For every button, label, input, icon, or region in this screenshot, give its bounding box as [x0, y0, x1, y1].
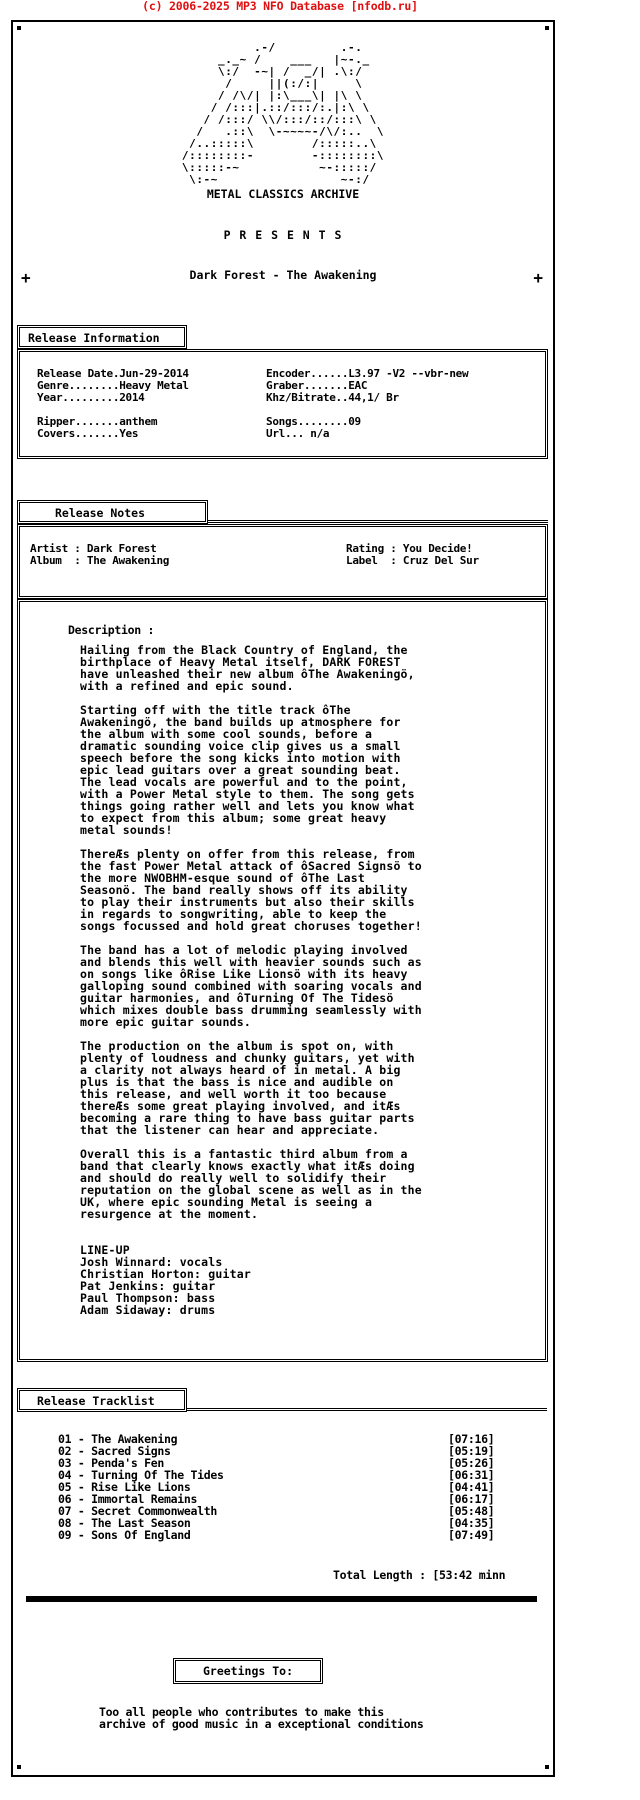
description-paragraph: Starting off with the title track ôThe A… [80, 704, 415, 836]
release-info-right-row: Khz/Bitrate..44,1/ Br [266, 392, 468, 404]
lineup-member: Adam Sidaway: drums [80, 1304, 215, 1316]
release-info-left: Release Date.Jun-29-2014Genre........Hea… [37, 368, 189, 440]
release-notes-tab-rule [208, 520, 548, 523]
corner-bullet-icon [17, 1765, 21, 1769]
release-info-left-value: 2014 [119, 391, 144, 404]
release-info-left-value: Yes [119, 427, 138, 440]
tracklist-tab-label: Release Tracklist [37, 1394, 155, 1408]
track-length: [07:49] [448, 1529, 494, 1541]
release-notes-tab-label: Release Notes [55, 506, 145, 520]
tracklist-tab: Release Tracklist [17, 1388, 187, 1412]
release-info-tab-label: Release Information [28, 331, 160, 345]
release-info-left-key: Year......... [37, 391, 119, 404]
description-paragraph: ThereÆs plenty on offer from this releas… [80, 848, 422, 932]
ascii-logo: .-/ .-. _._~ / ___ |~-._ \:/ -~| / _/| .… [13, 42, 553, 201]
site-credit: (c) 2006-2025 MP3 NFO Database [nfodb.ru… [0, 0, 560, 12]
description-paragraph: The band has a lot of melodic playing in… [80, 944, 422, 1028]
album-line: Album : The Awakening [30, 555, 169, 567]
plus-bullet-icon: + [533, 268, 543, 287]
corner-bullet-icon [545, 1765, 549, 1769]
nfo-frame: .-/ .-. _._~ / ___ |~-._ \:/ -~| / _/| .… [11, 20, 555, 1777]
release-info-right-value: 44,1/ Br [348, 391, 399, 404]
release-info-left-row: Year.........2014 [37, 392, 189, 404]
description-paragraph: Overall this is a fantastic third album … [80, 1148, 422, 1220]
description-box: Description : Hailing from the Black Cou… [17, 599, 548, 1362]
description-paragraph: Hailing from the Black Country of Englan… [80, 644, 415, 692]
corner-bullet-icon [545, 26, 549, 30]
presents-heading: P R E S E N T S [13, 228, 553, 242]
release-info-right-key: Url... [266, 427, 304, 440]
label-line: Label : Cruz Del Sur [346, 555, 479, 567]
release-info-right-row: Url... n/a [266, 428, 468, 440]
release-info-left-key: Covers....... [37, 427, 119, 440]
logo-caption: METAL CLASSICS ARCHIVE [13, 188, 553, 201]
total-length: Total Length : [53:42 minn [333, 1569, 505, 1581]
release-info-box: Release Date.Jun-29-2014Genre........Hea… [17, 349, 548, 459]
release-info-left-row: Covers.......Yes [37, 428, 189, 440]
description-paragraph: The production on the album is spot on, … [80, 1040, 415, 1136]
description-heading: Description : [68, 624, 154, 636]
track-title: 09 - Sons Of England [58, 1529, 190, 1541]
release-info-right: Encoder......L3.97 -V2 --vbr-newGraber..… [266, 368, 468, 440]
tracklist-tab-rule [187, 1408, 547, 1411]
release-info-right-value: 09 [348, 415, 361, 428]
release-info-right-key: Khz/Bitrate.. [266, 391, 348, 404]
greetings-text: Too all people who contributes to make t… [99, 1706, 424, 1730]
separator-bar [26, 1596, 537, 1602]
greetings-box: Greetings To: [173, 1658, 323, 1684]
ascii-logo-art: .-/ .-. _._~ / ___ |~-._ \:/ -~| / _/| .… [182, 42, 384, 186]
track-row: 09 - Sons Of England[07:49] [13, 1529, 553, 1541]
release-notes-header-box: Artist : Dark Forest Album : The Awakeni… [17, 524, 548, 599]
corner-bullet-icon [17, 26, 21, 30]
release-notes-tab: Release Notes [17, 500, 208, 524]
release-title: Dark Forest - The Awakening [13, 268, 553, 282]
release-info-right-value: n/a [304, 427, 329, 440]
greetings-label: Greetings To: [203, 1664, 293, 1678]
release-info-tab: Release Information [17, 325, 187, 349]
